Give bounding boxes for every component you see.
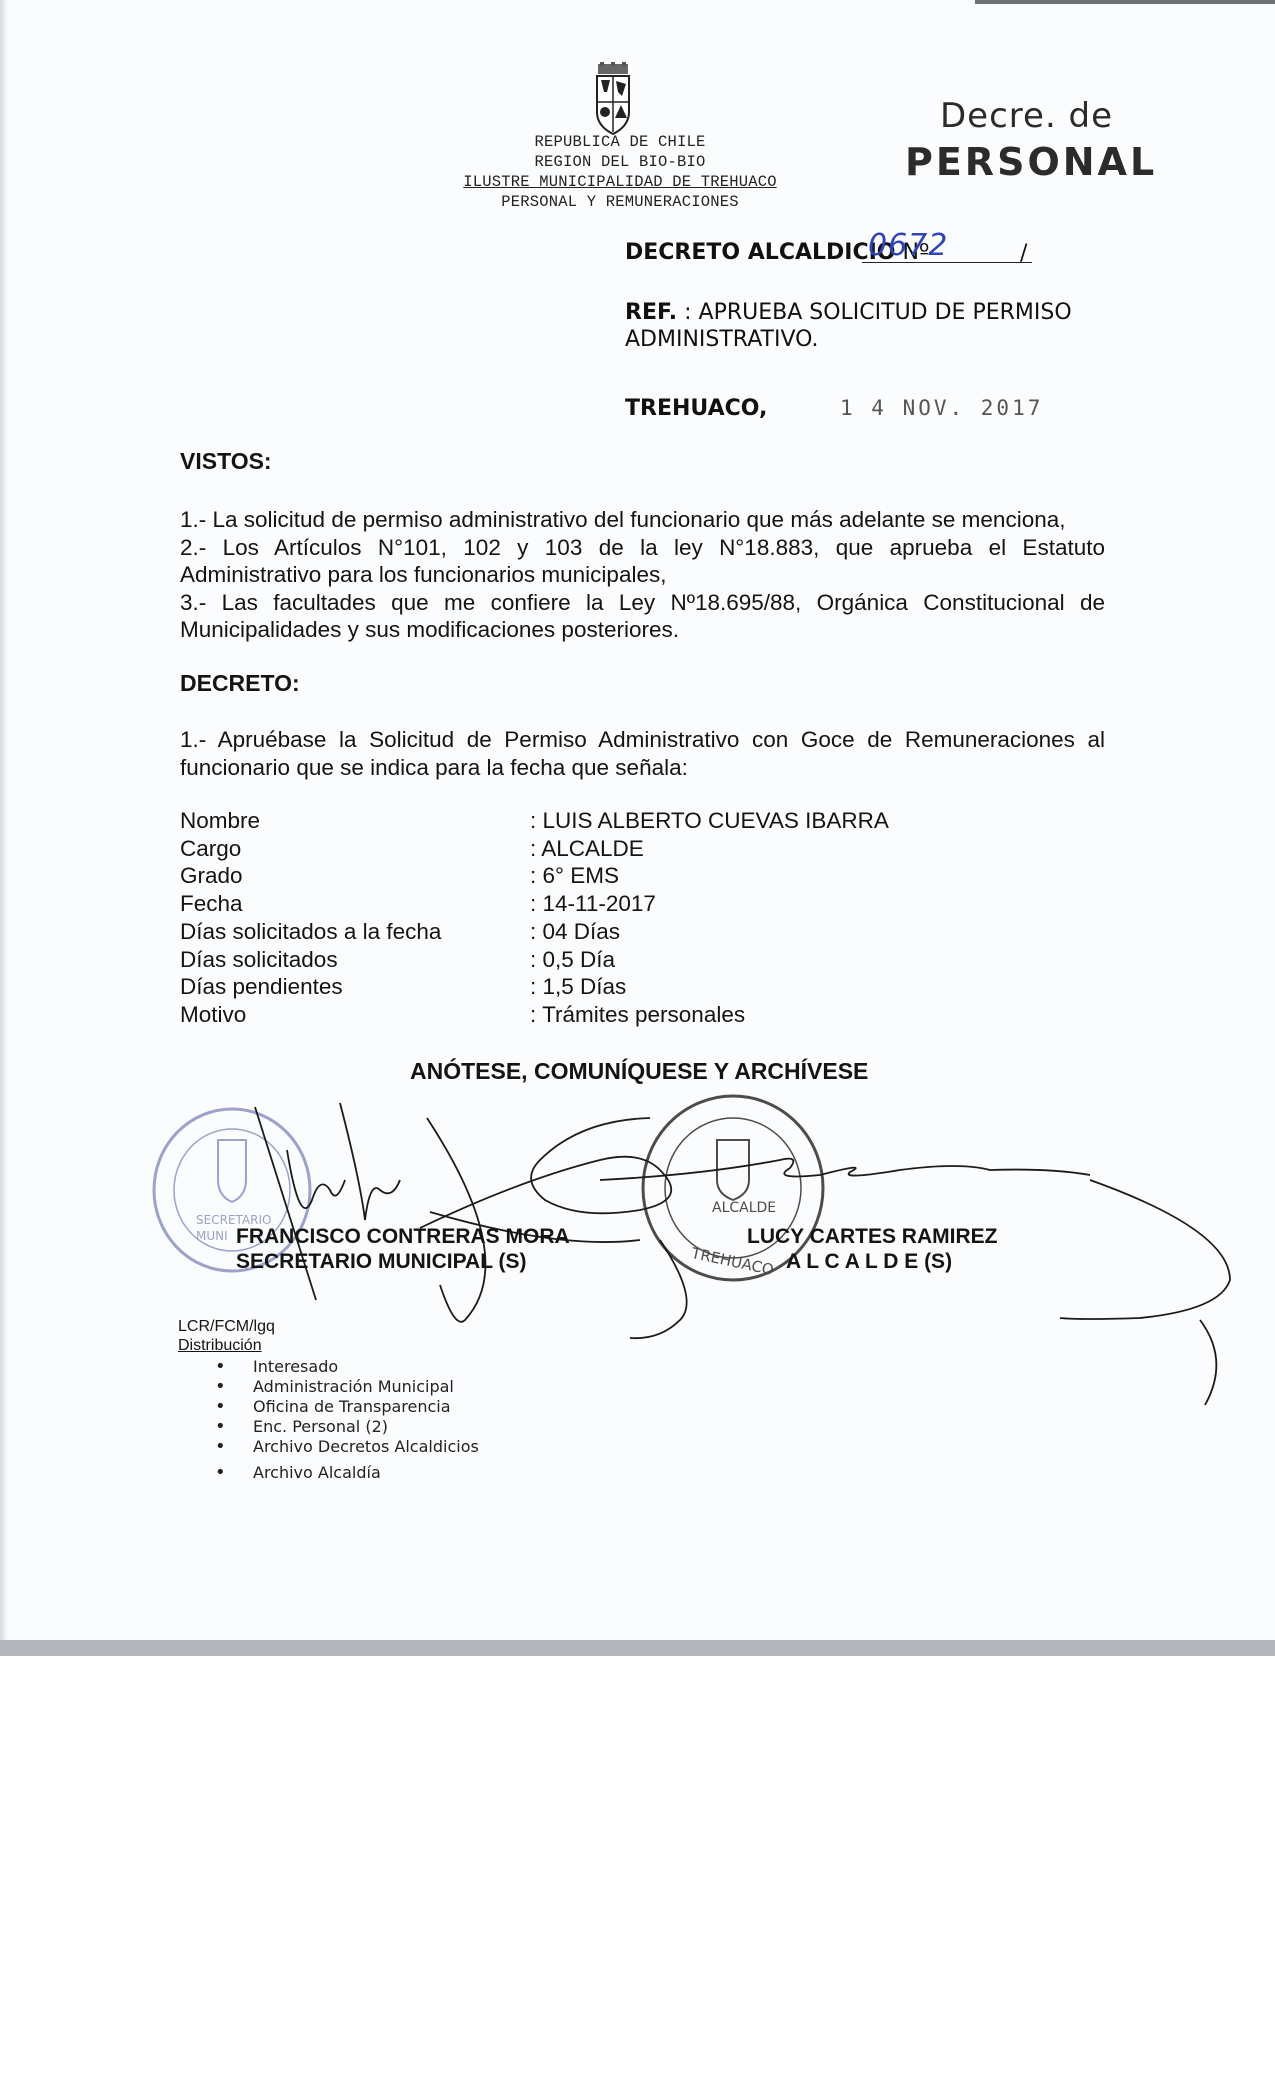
distribution-item: Oficina de Transparencia: [215, 1397, 479, 1417]
distribution-item: Archivo Alcaldía: [215, 1463, 479, 1483]
signatures-and-seals: SECRETARIO MUNI ALCALDE TREHUACO: [0, 0, 1275, 1640]
svg-text:MUNI: MUNI: [196, 1229, 228, 1243]
distribution-heading: Distribución: [178, 1337, 262, 1355]
mayor-role: A L C A L D E (S): [786, 1250, 952, 1274]
secretary-name: FRANCISCO CONTRERAS MORA: [236, 1225, 570, 1249]
distribution-item: Archivo Decretos Alcaldicios: [215, 1437, 479, 1457]
distribution-item: Enc. Personal (2): [215, 1417, 479, 1437]
distribution-item: Interesado: [215, 1357, 479, 1377]
page-bottom-edge: [0, 1640, 1275, 1656]
distribution-list: Interesado Administración Municipal Ofic…: [215, 1357, 479, 1483]
secretary-role: SECRETARIO MUNICIPAL (S): [236, 1250, 527, 1274]
svg-text:ALCALDE: ALCALDE: [712, 1200, 776, 1216]
mayor-name: LUCY CARTES RAMIREZ: [747, 1225, 997, 1249]
distribution-item: Administración Municipal: [215, 1377, 479, 1397]
initials: LCR/FCM/lgq: [178, 1318, 275, 1336]
